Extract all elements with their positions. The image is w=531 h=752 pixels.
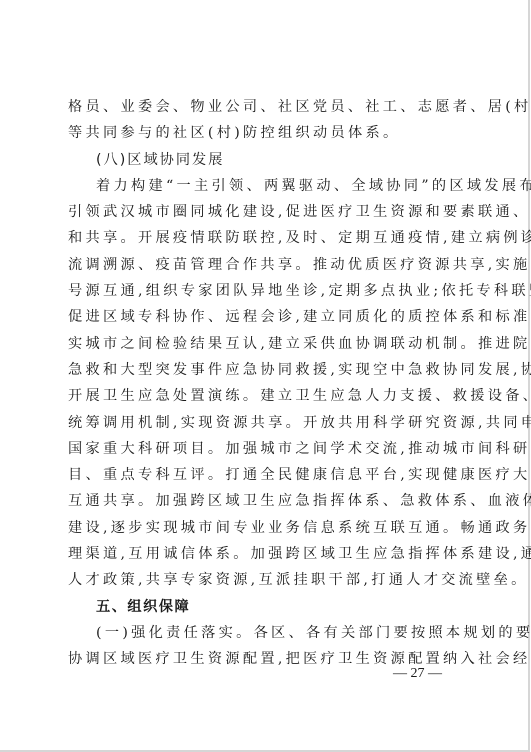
text-line: 开展卫生应急处置演练。建立卫生应急人力支援、救援设备、物资: [68, 383, 464, 409]
text-line: 实城市之间检验结果互认,建立采供血协调联动机制。推进院前: [68, 331, 464, 357]
text-line: 格员、业委会、物业公司、社区党员、社工、志愿者、居(村)民骨干: [68, 94, 464, 120]
text-line: 和共享。开展疫情联防联控,及时、定期互通疫情,建立病例诊治、: [68, 225, 464, 251]
text-line: 急救和大型突发事件应急协同救援,实现空中急救协同发展,协作: [68, 357, 464, 383]
text-line: 流调溯源、疫苗管理合作共享。推动优质医疗资源共享,实施专家: [68, 252, 464, 278]
text-line: 建设,逐步实现城市间专业业务信息系统互联互通。畅通政务办: [68, 515, 464, 541]
document-body: 格员、业委会、物业公司、社区党员、社工、志愿者、居(村)民骨干 等共同参与的社区…: [68, 94, 464, 673]
text-line: 等共同参与的社区(村)防控组织动员体系。: [68, 120, 464, 146]
text-line: 号源互通,组织专家团队异地坐诊,定期多点执业;依托专科联盟: [68, 278, 464, 304]
section-subheading: (八)区域协同发展: [68, 147, 464, 173]
text-line: 理渠道,互用诚信体系。加强跨区域卫生应急指挥体系建设,通用: [68, 541, 464, 567]
paragraph-first-line: 着力构建“一主引领、两翼驱动、全域协同”的区域发展布局,: [68, 173, 464, 199]
text-line: 引领武汉城市圈同城化建设,促进医疗卫生资源和要素联通、流动: [68, 199, 464, 225]
page-number: — 27 —: [393, 666, 442, 682]
text-line: 国家重大科研项目。加强城市之间学术交流,推动城市间科研项: [68, 436, 464, 462]
document-page: 格员、业委会、物业公司、社区党员、社工、志愿者、居(村)民骨干 等共同参与的社区…: [0, 0, 530, 752]
text-line: 促进区域专科协作、远程会诊,建立同质化的质控体系和标准,落: [68, 304, 464, 330]
text-line: 人才政策,共享专家资源,互派挂职干部,打通人才交流壁垒。: [68, 567, 464, 593]
section-heading: 五、组织保障: [68, 594, 464, 620]
text-line: 互通共享。加强跨区域卫生应急指挥体系、急救体系、血液体系等: [68, 488, 464, 514]
paragraph-first-line: (一)强化责任落实。各区、各有关部门要按照本规划的要求: [68, 620, 464, 646]
text-line: 统筹调用机制,实现资源共享。开放共用科学研究资源,共同申报: [68, 410, 464, 436]
text-line: 目、重点专科互评。打通全民健康信息平台,实现健康医疗大数据: [68, 462, 464, 488]
